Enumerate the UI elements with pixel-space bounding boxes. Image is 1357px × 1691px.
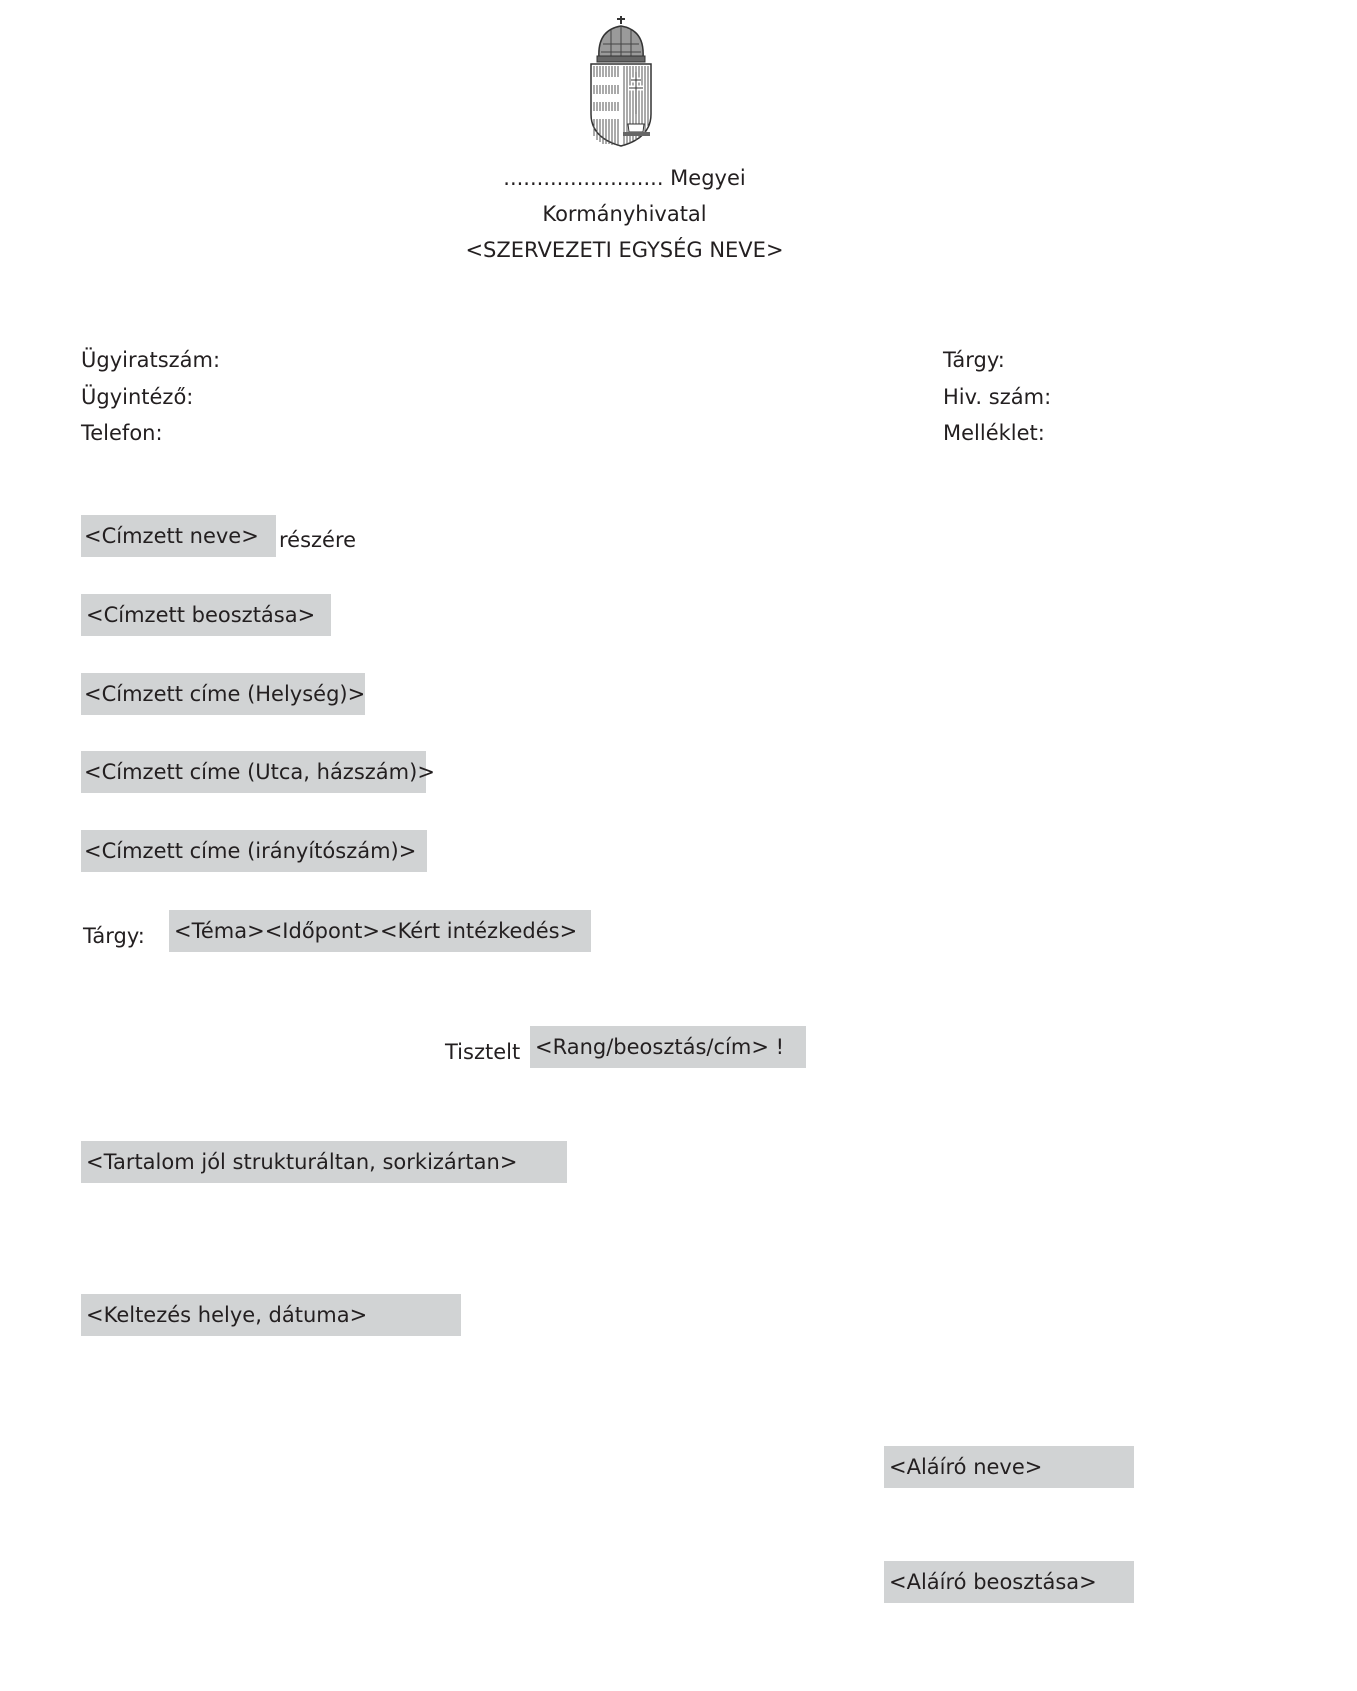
recipient-street-field[interactable]: <Címzett címe (Utca, házszám)> xyxy=(81,751,426,793)
body-content-field[interactable]: <Tartalom jól strukturáltan, sorkizártan… xyxy=(81,1141,567,1183)
recipient-suffix: részére xyxy=(279,527,356,553)
signer-position-field[interactable]: <Aláíró beosztása> xyxy=(884,1561,1134,1603)
salutation-prefix: Tisztelt xyxy=(445,1039,520,1065)
dateline-field[interactable]: <Keltezés helye, dátuma> xyxy=(81,1294,461,1336)
reference-number-label: Hiv. szám: xyxy=(943,384,1051,410)
case-officer-label: Ügyintéző: xyxy=(81,384,193,410)
subject-label: Tárgy: xyxy=(83,923,145,949)
attachment-label: Melléklet: xyxy=(943,420,1045,446)
recipient-city-field[interactable]: <Címzett címe (Helység)> xyxy=(81,673,365,715)
case-number-label: Ügyiratszám: xyxy=(81,347,220,373)
office-county-line: ........................ Megyei xyxy=(0,165,1249,191)
phone-label: Telefon: xyxy=(81,420,163,446)
salutation-field[interactable]: <Rang/beosztás/cím> ! xyxy=(530,1026,806,1068)
organizational-unit-name: <SZERVEZETI EGYSÉG NEVE> xyxy=(0,237,1249,263)
office-name: Kormányhivatal xyxy=(0,201,1249,227)
hungarian-coat-of-arms-icon xyxy=(585,14,657,148)
subject-meta-label: Tárgy: xyxy=(943,347,1005,373)
recipient-name-field[interactable]: <Címzett neve> xyxy=(81,515,276,557)
subject-field[interactable]: <Téma><Időpont><Kért intézkedés> xyxy=(169,910,591,952)
signer-name-field[interactable]: <Aláíró neve> xyxy=(884,1446,1134,1488)
recipient-position-field[interactable]: <Címzett beosztása> xyxy=(81,594,331,636)
recipient-zip-field[interactable]: <Címzett címe (irányítószám)> xyxy=(81,830,427,872)
